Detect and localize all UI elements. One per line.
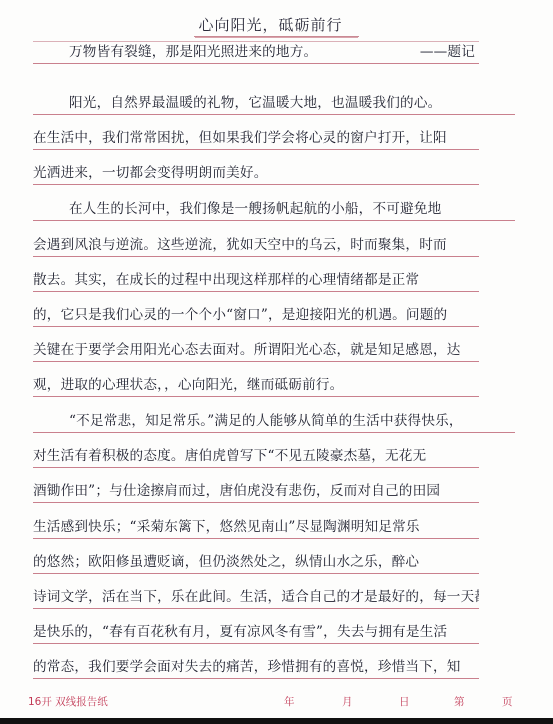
text-line: 光洒进来，一切都会变得明朗而美好。 [33, 162, 479, 185]
epigraph-text: 万物皆有裂缝，那是阳光照进来的地方。 [33, 44, 317, 60]
report-paper-page: 心向阳光，砥砺前行 万物皆有裂缝，那是阳光照进来的地方。 ——题记 阳光，自然界… [0, 0, 553, 718]
text-line: 诗词文学，活在当下，乐在此间。生活，适合自己的才是最好的，每一天都 [33, 586, 479, 609]
text-line: 在人生的长河中，我们像是一艘扬帆起航的小船，不可避免地 [33, 198, 515, 221]
page-suffix-label: 页 [502, 694, 513, 709]
text-line: 对生活有着积极的态度。唐伯虎曾写下“不见五陵豪杰墓，无花无 [33, 445, 479, 468]
text-line: 的，它只是我们心灵的一个个小“窗口”，是迎接阳光的机遇。问题的 [33, 304, 479, 327]
text-line: 生活感到快乐；“采菊东篱下，悠然见南山”尽显陶渊明知足常乐 [33, 516, 479, 539]
essay-title-text: 心向阳光，砥砺前行 [194, 14, 358, 37]
text-line: 会遇到风浪与逆流。这些逆流，犹如天空中的乌云，时而聚集，时而 [33, 234, 479, 257]
paper-type-label: 16开 双线报告纸 [28, 694, 108, 709]
text-line: 观，进取的心理状态，，心向阳光，继而砥砺前行。 [33, 374, 479, 397]
page-prefix-label: 第 [454, 694, 465, 709]
paper-footer: 16开 双线报告纸 年 月 日 第 页 [28, 694, 508, 710]
text-line: 关键在于要学会用阳光心态去面对。所谓阳光心态，就是知足感恩，达 [33, 339, 479, 362]
text-line: “不足常悲，知足常乐。”满足的人能够从简单的生活中获得快乐， [33, 410, 515, 433]
epigraph-row: 万物皆有裂缝，那是阳光照进来的地方。 ——题记 [33, 41, 479, 64]
scan-edge [0, 718, 553, 724]
text-line: 是快乐的，“春有百花秋有月，夏有凉风冬有雪”，失去与拥有是生活 [33, 621, 479, 644]
text-line: 的悠然；欧阳修虽遭贬谪，但仍淡然处之，纵情山水之乐，醉心 [33, 551, 479, 574]
year-label: 年 [284, 694, 295, 709]
month-label: 月 [342, 694, 353, 709]
text-line: 在生活中，我们常常困扰，但如果我们学会将心灵的窗户打开，让阳 [33, 127, 479, 150]
text-line: 的常态，我们要学会面对失去的痛苦，珍惜拥有的喜悦，珍惜当下，知 [33, 656, 479, 679]
epigraph-signature: ——题记 [420, 41, 475, 63]
text-line: 酒锄作田”；与仕途擦肩而过，唐伯虎没有悲伤，反而对自己的田园 [33, 480, 479, 503]
essay-title: 心向阳光，砥砺前行 [0, 14, 553, 37]
text-line: 阳光，自然界最温暖的礼物，它温暖大地，也温暖我们的心。 [33, 92, 515, 115]
text-line: 散去。其实，在成长的过程中出现这样那样的心理情绪都是正常 [33, 269, 479, 292]
day-label: 日 [399, 694, 410, 709]
